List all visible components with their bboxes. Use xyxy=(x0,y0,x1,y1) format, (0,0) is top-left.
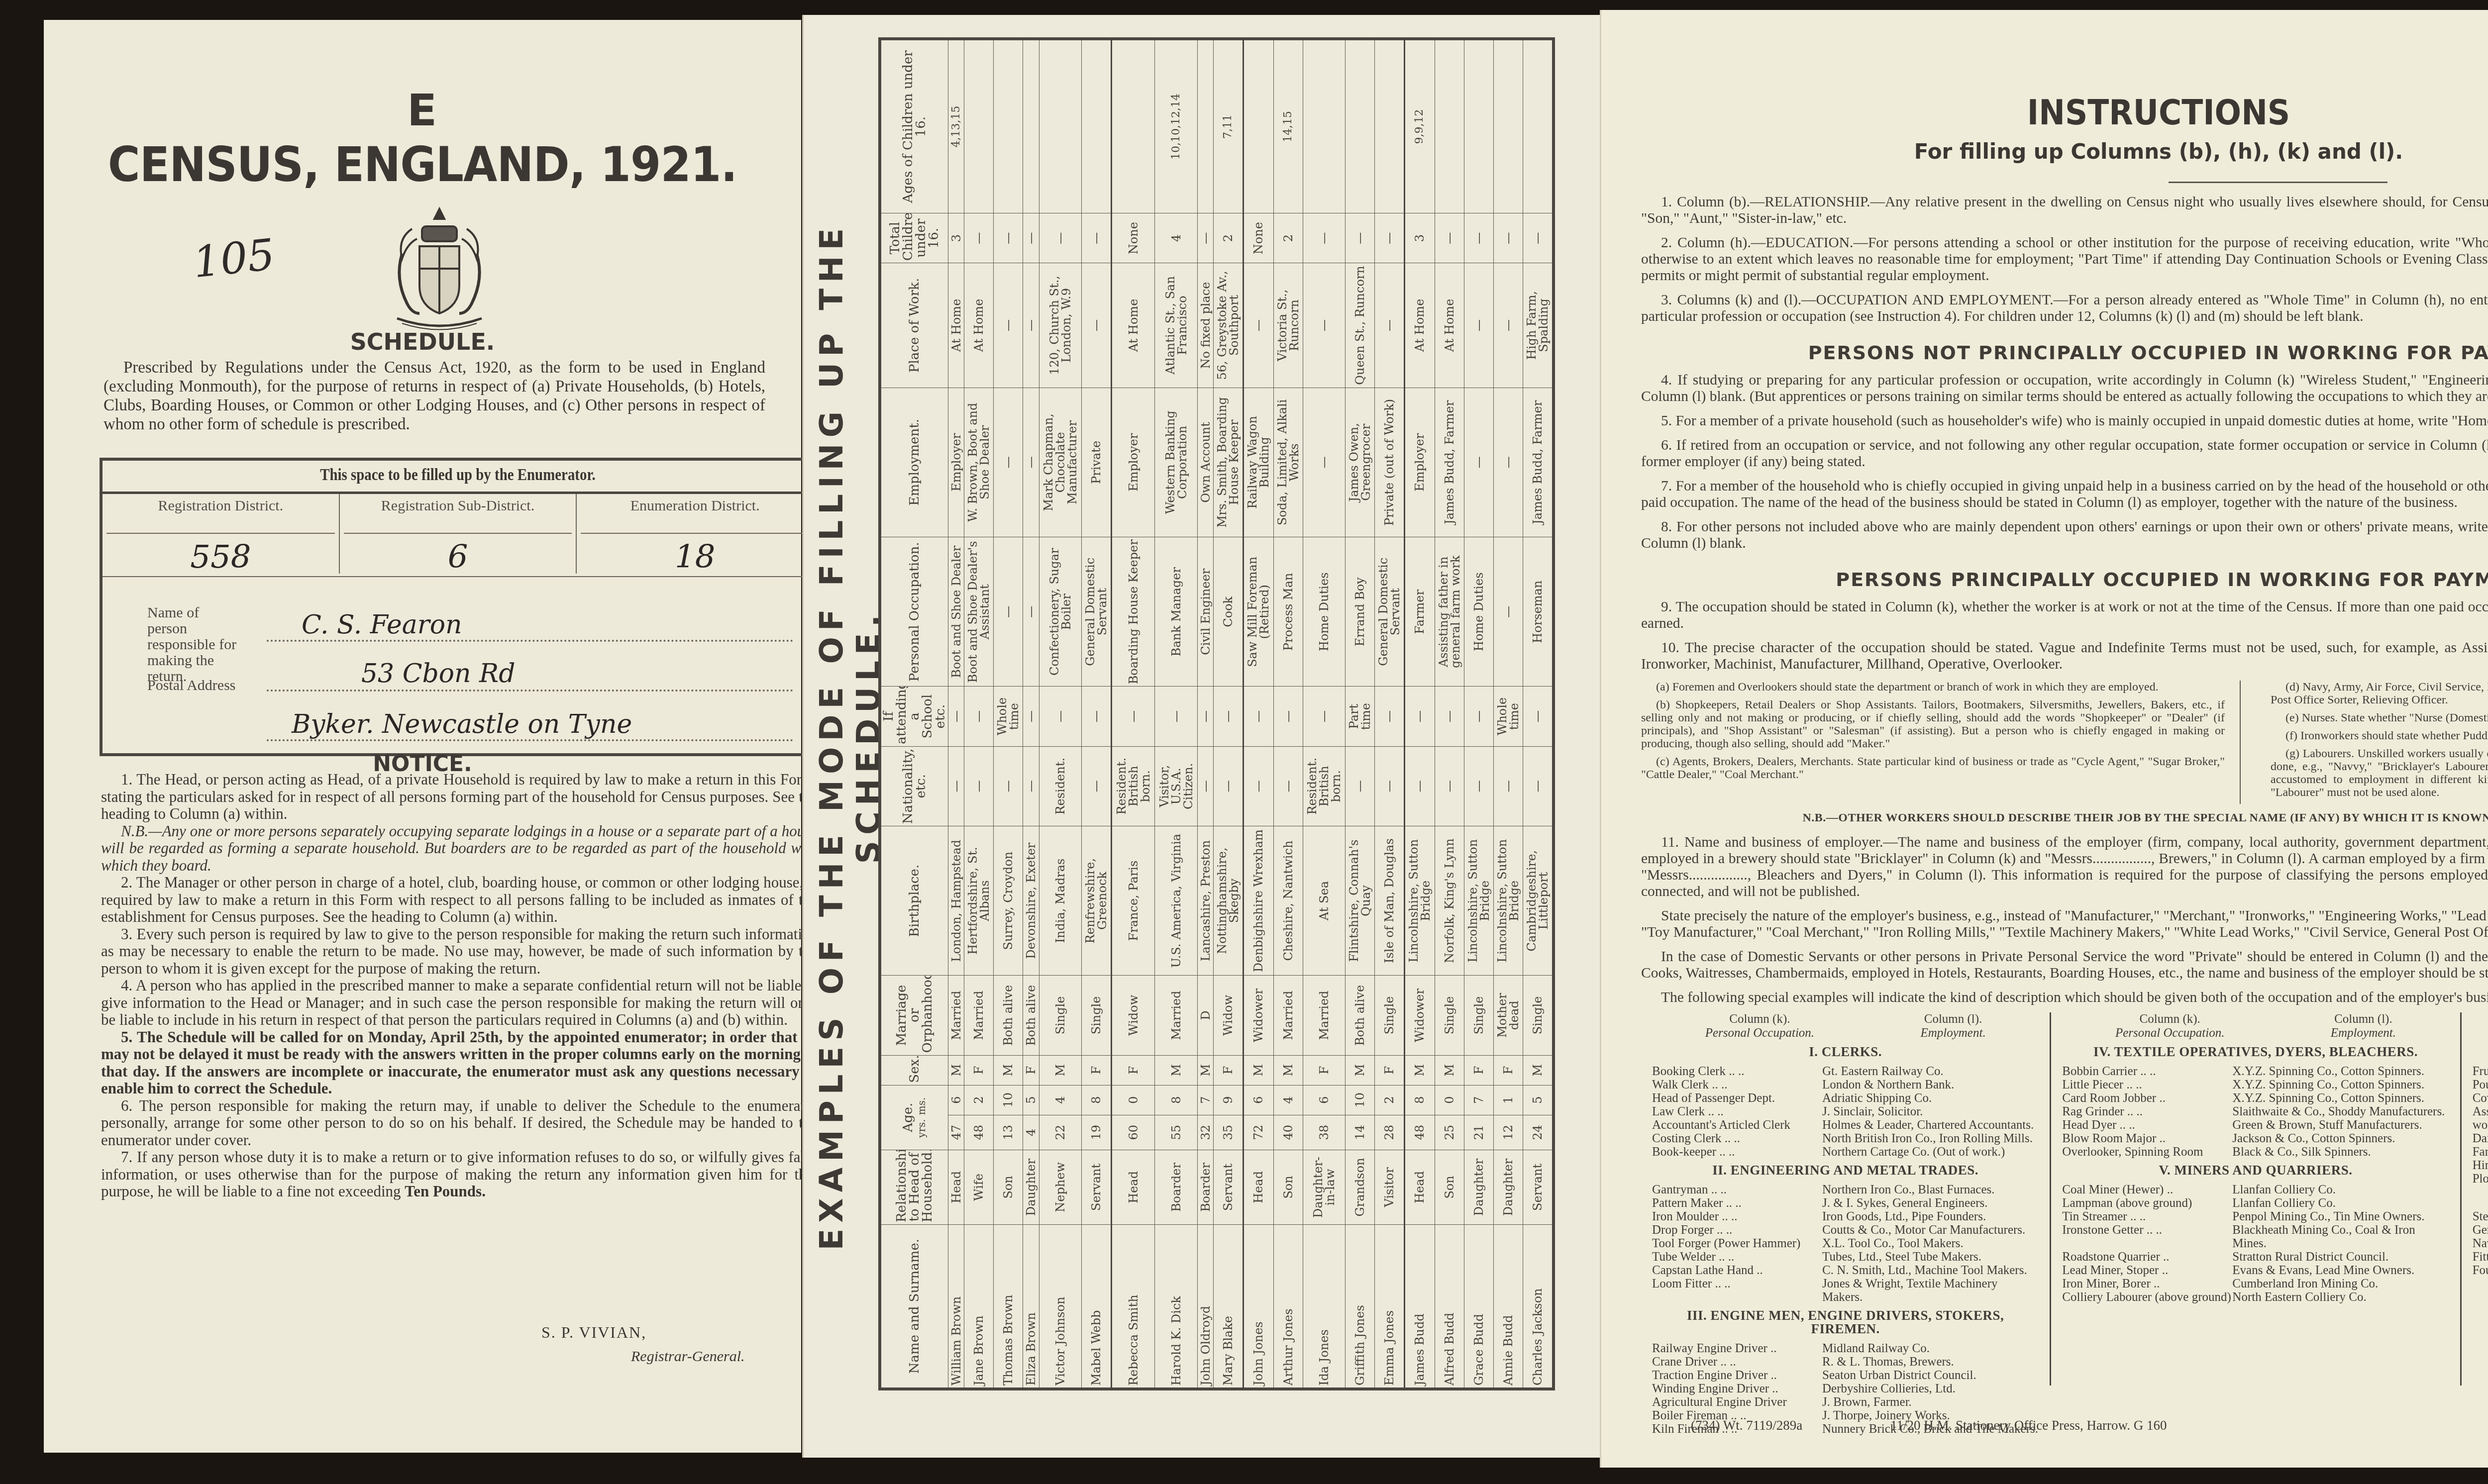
cell-children-ages xyxy=(994,39,1023,213)
cell-emp: James Budd, Farmer xyxy=(1435,388,1464,537)
col-header-age: Age.yrs. ms. xyxy=(880,1085,948,1150)
cell-total: 3 xyxy=(948,213,964,263)
cell-yrs: 24 xyxy=(1523,1115,1554,1150)
occupation-example-row: Ironstone Getter .. ..Blackheath Mining … xyxy=(2062,1223,2449,1250)
cell-total: — xyxy=(1198,213,1214,263)
cell-mar: Widow xyxy=(1214,976,1244,1055)
cell-name: Rebecca Smith xyxy=(1112,1225,1155,1389)
cell-yrs: 22 xyxy=(1039,1115,1082,1150)
employment: Black & Co., Silk Spinners. xyxy=(2232,1145,2449,1159)
instruction-9: 9. The occupation should be stated in Co… xyxy=(1641,599,2488,632)
personal-occupation: Costing Clerk .. .. xyxy=(1652,1132,1822,1145)
cell-mar: Single xyxy=(1039,976,1082,1055)
occupation-example-row: Dairy Work .. ..J. Sinclair, Farmer. xyxy=(2473,1132,2488,1145)
instruction-7: 7. For a member of the household who is … xyxy=(1641,478,2488,511)
cell-mar: Both alive xyxy=(1023,976,1039,1055)
cell-children-ages: 10,10,12,14 xyxy=(1155,39,1198,213)
employment: Adriatic Shipping Co. xyxy=(1822,1091,2039,1105)
occupation-example-row: Cowman .. .. ..J. Sinclair, Farmer. xyxy=(2473,1091,2488,1105)
personal-occupation: Loom Fitter .. .. xyxy=(1652,1277,1822,1304)
employment: X.L. Tool Co., Tool Makers. xyxy=(1822,1237,2039,1250)
notice-paragraph-7: 7. If any person whose duty it is to mak… xyxy=(101,1149,818,1200)
cell-total: 2 xyxy=(1214,213,1244,263)
cell-nat: — xyxy=(948,746,964,826)
personal-occupation: Dairy Work .. .. xyxy=(2473,1132,2488,1145)
cell-name: Emma Jones xyxy=(1375,1225,1405,1389)
cell-emp: Railway Wagon Building xyxy=(1244,388,1273,537)
cell-emp: — xyxy=(1464,388,1493,537)
col-header: Total Children under 16. xyxy=(880,213,948,263)
cell-emp: Own Account xyxy=(1198,388,1214,537)
cell-school: — xyxy=(1523,687,1554,746)
instructions-title: INSTRUCTIONS xyxy=(1657,92,2488,133)
cell-occ: Civil Engineer xyxy=(1198,537,1214,687)
occupation-example-row: Fruit Farmer .. ..Employer. xyxy=(2473,1065,2488,1078)
cell-children-ages xyxy=(1493,39,1523,213)
cell-birth: Lancashire, Preston xyxy=(1198,826,1214,975)
cell-rel: Servant xyxy=(1082,1150,1112,1224)
cell-name: Arthur Jones xyxy=(1273,1225,1303,1389)
cell-mar: Widow xyxy=(1112,976,1155,1055)
cell-occ: — xyxy=(994,537,1023,687)
occupation-example-row: Coal Miner (Hewer) ..Llanfan Colliery Co… xyxy=(2062,1183,2449,1196)
cell-ms: 10 xyxy=(1346,1085,1375,1115)
occupation-example-row: Law Clerk .. ..J. Sinclair, Solicitor. xyxy=(1652,1105,2039,1118)
sub-instructions-grid: (a) Foremen and Overlookers should state… xyxy=(1641,681,2488,804)
col-header: Ages of Children under 16. xyxy=(880,39,948,213)
occupation-example-row: Farm Labourer .. ..E. Bethel, Market Gar… xyxy=(2473,1145,2488,1159)
employment: Iron Goods, Ltd., Pipe Founders. xyxy=(1822,1210,2039,1223)
cell-emp: — xyxy=(1303,388,1346,537)
cell-mar: Single xyxy=(1435,976,1464,1055)
personal-occupation: Roadstone Quarrier .. xyxy=(2062,1250,2232,1264)
instruction-8: 8. For other persons not included above … xyxy=(1641,519,2488,552)
instruction-4: 4. If studying or preparing for any part… xyxy=(1641,372,2488,405)
cell-occ: Errand Boy xyxy=(1346,537,1375,687)
cell-rel: Boarder xyxy=(1198,1150,1214,1224)
cell-yrs: 48 xyxy=(1405,1115,1435,1150)
instruction-1: 1. Column (b).—RELATIONSHIP.—Any relativ… xyxy=(1641,194,2488,227)
personal-occupation: Law Clerk .. .. xyxy=(1652,1105,1822,1118)
cell-mar: Married xyxy=(964,976,994,1055)
cell-school: — xyxy=(1435,687,1464,746)
personal-occupation: Iron Miner, Borer .. xyxy=(2062,1277,2232,1290)
cell-ms: 5 xyxy=(1023,1085,1039,1115)
cell-place: Atlantic St., San Francisco xyxy=(1155,263,1198,388)
cell-emp: Employer xyxy=(1405,388,1435,537)
cell-total: — xyxy=(1435,213,1464,263)
personal-occupation: Traction Engine Driver .. xyxy=(1652,1369,1822,1382)
employment: Northern Cartage Co. (Out of work.) xyxy=(1822,1145,2039,1159)
cell-occ: General Domestic Servant xyxy=(1375,537,1405,687)
table-row: Alfred BuddSon250MSingleNorfolk, King's … xyxy=(1435,39,1464,1389)
employment: Jones & Wright, Textile Machinery Makers… xyxy=(1822,1277,2039,1304)
cell-rel: Head xyxy=(1112,1150,1155,1224)
occupation-category-title: IV. TEXTILE OPERATIVES, DYERS, BLEACHERS… xyxy=(2062,1045,2449,1059)
cell-emp: Employer xyxy=(1112,388,1155,537)
cell-place: — xyxy=(1303,263,1346,388)
cell-name: Mary Blake xyxy=(1214,1225,1244,1389)
cell-emp: James Budd, Farmer xyxy=(1523,388,1554,537)
employment: Holmes & Leader, Chartered Accountants. xyxy=(1822,1118,2039,1132)
personal-occupation: Crane Driver .. .. xyxy=(1652,1355,1822,1369)
occupation-example-row: Hind, Spade Hand ..O. Owen, Farmer. xyxy=(2473,1159,2488,1172)
cell-sex: F xyxy=(1112,1055,1155,1085)
cell-nat: — xyxy=(1346,746,1375,826)
cell-name: Ida Jones xyxy=(1303,1225,1346,1389)
personal-occupation: General Labourer .. xyxy=(2473,1223,2488,1237)
occupation-example-row: Colliery Labourer (above ground)North Ea… xyxy=(2062,1290,2449,1304)
cell-occ: Saw Mill Foreman (Retired) xyxy=(1244,537,1273,687)
personal-occupation: Walk Clerk .. .. xyxy=(1652,1078,1822,1091)
cell-yrs: 4 xyxy=(1023,1115,1039,1150)
postal-address-label: Postal Address xyxy=(147,677,236,694)
examples-title: EXAMPLES OF THE MODE OF FILLING UP THE S… xyxy=(814,90,887,1383)
cell-occ: Confectionery, Sugar Boiler xyxy=(1039,537,1082,687)
table-row: Mabel WebbServant198FSingleRenfrewshire,… xyxy=(1082,39,1112,1389)
personal-occupation: Hind, Spade Hand .. xyxy=(2473,1159,2488,1172)
cell-sex: M xyxy=(1198,1055,1214,1085)
enumerator-district-grid: Registration District. 558 Registration … xyxy=(103,492,813,574)
employment: Evans & Evans, Lead Mine Owners. xyxy=(2232,1264,2449,1277)
employment: X.Y.Z. Spinning Co., Cotton Spinners. xyxy=(2232,1078,2449,1091)
personal-occupation: Head Dyer .. .. xyxy=(2062,1118,2232,1132)
cell-yrs: 60 xyxy=(1112,1115,1155,1150)
col-l-head: Column (l).Employment. xyxy=(1920,1012,1985,1040)
responsible-person-label: Name of person responsible for making th… xyxy=(147,605,237,685)
employment: Gt. Eastern Railway Co. xyxy=(1822,1065,2039,1078)
occupation-example-row: Little Piecer .. ..X.Y.Z. Spinning Co., … xyxy=(2062,1078,2449,1091)
occupation-example-row: Steelworks Labourer ..Key & Co., Steel M… xyxy=(2473,1210,2488,1223)
cell-place: — xyxy=(1023,263,1039,388)
cell-place: At Home xyxy=(1112,263,1155,388)
table-row: Grace BuddDaughter217FSingleLincolnshire… xyxy=(1464,39,1493,1389)
employment: Blackheath Mining Co., Coal & Iron Mines… xyxy=(2232,1223,2449,1250)
cell-birth: Norfolk, King's Lynn xyxy=(1435,826,1464,975)
cell-mar: Married xyxy=(1155,976,1198,1055)
cell-rel: Daughter-in-law xyxy=(1303,1150,1346,1224)
cell-children-ages: 4,13,15 xyxy=(948,39,964,213)
cell-nat: — xyxy=(1405,746,1435,826)
employment: X.Y.Z. Spinning Co., Cotton Spinners. xyxy=(2232,1065,2449,1078)
col-header: Relationship to Head of Household. xyxy=(880,1150,948,1224)
cell-place: At Home xyxy=(948,263,964,388)
cell-mar: Both alive xyxy=(1346,976,1375,1055)
cell-children-ages xyxy=(1523,39,1554,213)
cell-rel: Visitor xyxy=(1375,1150,1405,1224)
cell-rel: Son xyxy=(994,1150,1023,1224)
employment: North British Iron Co., Iron Rolling Mil… xyxy=(1822,1132,2039,1145)
enumeration-district-field[interactable]: Enumeration District. 18 xyxy=(577,494,813,574)
col-l-head: Column (l).Employment. xyxy=(2331,1012,2396,1040)
cell-birth: Lincolnshire, Sutton Bridge xyxy=(1493,826,1523,975)
sub-instruction-d: (d) Navy, Army, Air Force, Civil Service… xyxy=(2271,681,2488,706)
cell-children-ages xyxy=(1303,39,1346,213)
cell-name: John Oldroyd xyxy=(1198,1225,1214,1389)
cell-yrs: 32 xyxy=(1198,1115,1214,1150)
occupation-example-row: Navvy .. .. ..Mills & Mills, Dock Contra… xyxy=(2473,1237,2488,1250)
instruction-2: 2. Column (h).—EDUCATION.—For persons at… xyxy=(1641,235,2488,284)
signature-name: S. P. VIVIAN, xyxy=(541,1323,646,1342)
cell-nat: — xyxy=(1082,746,1112,826)
cell-sex: F xyxy=(1214,1055,1244,1085)
cell-emp: James Owen, Greengrocer xyxy=(1346,388,1375,537)
employment: J. Brown, Farmer. xyxy=(1822,1395,2039,1409)
census-title: CENSUS, ENGLAND, 1921. xyxy=(74,137,771,193)
occupation-example-row: Poultry Farmer .. ..Own Account. xyxy=(2473,1078,2488,1091)
instruction-11-domestic: In the case of Domestic Servants or othe… xyxy=(1641,949,2488,982)
cell-rel: Wife xyxy=(964,1150,994,1224)
cell-mar: Single xyxy=(1464,976,1493,1055)
cell-mar: Widower xyxy=(1244,976,1273,1055)
occupation-example-row: Iron Moulder .. ..Iron Goods, Ltd., Pipe… xyxy=(1652,1210,2039,1223)
occupation-example-row: Lead Miner, Stoper ..Evans & Evans, Lead… xyxy=(2062,1264,2449,1277)
sub-instruction-e: (e) Nurses. State whether "Nurse (Domest… xyxy=(2271,711,2488,724)
cell-nat: — xyxy=(1273,746,1303,826)
cell-children-ages xyxy=(1112,39,1155,213)
table-row: James BuddHead488MWidowerLincolnshire, S… xyxy=(1405,39,1435,1389)
table-row: Eliza BrownDaughter45FBoth aliveDevonshi… xyxy=(1023,39,1039,1389)
occupation-example-row: Tin Streamer .. ..Penpol Mining Co., Tin… xyxy=(2062,1210,2449,1223)
cell-rel: Servant xyxy=(1214,1150,1244,1224)
personal-occupation: Iron Moulder .. .. xyxy=(1652,1210,1822,1223)
table-row: Thomas BrownSon1310MBoth aliveSurrey, Cr… xyxy=(994,39,1023,1389)
personal-occupation: Navvy .. .. .. xyxy=(2473,1237,2488,1250)
table-header-row: Name and Surname. Relationship to Head o… xyxy=(880,39,948,1389)
cell-mar: Married xyxy=(1303,976,1346,1055)
cell-place: — xyxy=(1375,263,1405,388)
cell-name: John Jones xyxy=(1244,1225,1273,1389)
cell-emp: — xyxy=(1023,388,1039,537)
cell-nat: — xyxy=(1023,746,1039,826)
col-header: Name and Surname. xyxy=(880,1225,948,1389)
cell-yrs: 35 xyxy=(1214,1115,1244,1150)
field-value: 558 xyxy=(103,539,339,576)
imprint-code: (734) Wt. 7119/289a xyxy=(1691,1418,1802,1433)
cell-nat: Visitor, U.S.A. Citizen. xyxy=(1155,746,1198,826)
cell-children-ages: 14,15 xyxy=(1273,39,1303,213)
cell-total: — xyxy=(1082,213,1112,263)
occupation-column-2: Column (k).Personal Occupation.Column (l… xyxy=(2050,1012,2460,1385)
cell-rel: Head xyxy=(1405,1150,1435,1224)
occupation-examples: Column (k).Personal Occupation.Column (l… xyxy=(1641,1012,2488,1385)
cell-mar: Mother dead xyxy=(1493,976,1523,1055)
cell-birth: Lincolnshire, Sutton Bridge xyxy=(1405,826,1435,975)
cell-ms: 7 xyxy=(1198,1085,1214,1115)
cell-name: Jane Brown xyxy=(964,1225,994,1389)
employment: C. N. Smith, Ltd., Machine Tool Makers. xyxy=(1822,1264,2039,1277)
cell-nat: — xyxy=(964,746,994,826)
personal-occupation: Assisting father in general farm work xyxy=(2473,1105,2488,1132)
cell-emp: Employer xyxy=(948,388,964,537)
cell-ms: 2 xyxy=(1375,1085,1405,1115)
cell-name: William Brown xyxy=(948,1225,964,1389)
cell-sex: F xyxy=(1023,1055,1039,1085)
cell-name: Harold K. Dick xyxy=(1155,1225,1198,1389)
cell-mar: Both alive xyxy=(994,976,1023,1055)
table-row: Rebecca SmithHead600FWidowFrance, ParisR… xyxy=(1112,39,1155,1389)
col-k-head: Column (k).Personal Occupation. xyxy=(2115,1012,2224,1040)
personal-occupation: Accountant's Articled Clerk xyxy=(1652,1118,1822,1132)
employment: J. & I. Sykes, General Engineers. xyxy=(1822,1196,2039,1210)
cell-sex: M xyxy=(1039,1055,1082,1085)
cell-total: 4 xyxy=(1155,213,1198,263)
col-header: Employment. xyxy=(880,388,948,537)
cell-sex: M xyxy=(1273,1055,1303,1085)
cell-sex: M xyxy=(948,1055,964,1085)
instruction-3: 3. Columns (k) and (l).—OCCUPATION AND E… xyxy=(1641,292,2488,325)
signature-title: Registrar-General. xyxy=(631,1348,745,1365)
instruction-10: 10. The precise character of the occupat… xyxy=(1641,640,2488,673)
cell-occ: Boarding House Keeper xyxy=(1112,537,1155,687)
col-header: Sex. xyxy=(880,1055,948,1085)
cell-birth: Nottinghamshire, Skegby xyxy=(1214,826,1244,975)
cell-emp: Mrs. Smith, Boarding House Keeper xyxy=(1214,388,1244,537)
cell-yrs: 12 xyxy=(1493,1115,1523,1150)
cell-emp: W. Brown, Boot and Shoe Dealer xyxy=(964,388,994,537)
occupation-example-row: Book-keeper .. ..Northern Cartage Co. (O… xyxy=(1652,1145,2039,1159)
field-label: Registration District. xyxy=(103,498,339,514)
postal-address-line2: Byker. Newcastle on Tyne xyxy=(292,709,632,739)
personal-occupation: Gantryman .. .. xyxy=(1652,1183,1822,1196)
imprint-press: 11/20 H.M. Stationery Office Press, Harr… xyxy=(1890,1418,2167,1433)
occupation-column-3: Column (k).Personal Occupation.Column (l… xyxy=(2460,1012,2488,1385)
cell-sex: F xyxy=(964,1055,994,1085)
cell-name: Charles Jackson xyxy=(1523,1225,1554,1389)
cell-birth: Surrey, Croydon xyxy=(994,826,1023,975)
occupation-example-row: Pattern Maker .. ..J. & I. Sykes, Genera… xyxy=(1652,1196,2039,1210)
cell-name: Thomas Brown xyxy=(994,1225,1023,1389)
cell-place: At Home xyxy=(1405,263,1435,388)
cell-occ: General Domestic Servant xyxy=(1082,537,1112,687)
cell-ms: 8 xyxy=(1405,1085,1435,1115)
cell-children-ages: 9,9,12 xyxy=(1405,39,1435,213)
cell-place: At Home xyxy=(964,263,994,388)
occupation-example-row: Winding Engine Driver ..Derbyshire Colli… xyxy=(1652,1382,2039,1395)
cell-sex: M xyxy=(1523,1055,1554,1085)
cell-children-ages xyxy=(1039,39,1082,213)
employment: Stratton Rural District Council. xyxy=(2232,1250,2449,1264)
occupation-category-title: II. ENGINEERING AND METAL TRADES. xyxy=(1652,1164,2039,1177)
nb-special-name-line: N.B.—OTHER WORKERS SHOULD DESCRIBE THEIR… xyxy=(1641,810,2488,826)
sub-instructions-left: (a) Foremen and Overlookers should state… xyxy=(1641,681,2241,804)
personal-occupation: Capstan Lathe Hand .. xyxy=(1652,1264,1822,1277)
examples-page: EXAMPLES OF THE MODE OF FILLING UP THE S… xyxy=(802,15,1600,1458)
cell-place: 120, Church St., London, W.9 xyxy=(1039,263,1082,388)
occupation-example-row: Iron Miner, Borer ..Cumberland Iron Mini… xyxy=(2062,1277,2449,1290)
occupation-example-row: Rag Grinder .. ..Slaithwaite & Co., Shod… xyxy=(2062,1105,2449,1118)
cell-nat: Resident. xyxy=(1039,746,1082,826)
col-header: If attending a School etc. xyxy=(880,687,948,746)
registration-district-field[interactable]: Registration District. 558 xyxy=(103,494,340,574)
cell-mar: Married xyxy=(1273,976,1303,1055)
cell-birth: Flintshire, Connah's Quay xyxy=(1346,826,1375,975)
cell-school: Whole time xyxy=(994,687,1023,746)
cell-mar: Married xyxy=(948,976,964,1055)
cell-place: — xyxy=(1244,263,1273,388)
cell-birth: Renfrewshire, Greenock xyxy=(1082,826,1112,975)
cell-children-ages xyxy=(964,39,994,213)
occupation-example-row: Booking Clerk .. ..Gt. Eastern Railway C… xyxy=(1652,1065,2039,1078)
handwritten-schedule-number: 105 xyxy=(191,230,277,288)
occupation-example-row: Traction Engine Driver ..Seaton Urban Di… xyxy=(1652,1369,2039,1382)
occupation-example-row: Lampman (above ground)Llanfan Colliery C… xyxy=(2062,1196,2449,1210)
instructions-page: INSTRUCTIONS For filling up Columns (b),… xyxy=(1600,10,2488,1468)
occupation-example-row: Crane Driver .. ..R. & L. Thomas, Brewer… xyxy=(1652,1355,2039,1369)
postal-address-field-line1[interactable] xyxy=(267,660,793,692)
employment: Coutts & Co., Motor Car Manufacturers. xyxy=(1822,1223,2039,1237)
cell-yrs: 13 xyxy=(994,1115,1023,1150)
section-heading-not-occupied: PERSONS NOT PRINCIPALLY OCCUPIED IN WORK… xyxy=(1641,345,2488,361)
cell-total: — xyxy=(1523,213,1554,263)
table-row: Griffith JonesGrandson1410MBoth aliveFli… xyxy=(1346,39,1375,1389)
cell-rel: Head xyxy=(1244,1150,1273,1224)
notice-paragraph-2: 2. The Manager or other person in charge… xyxy=(101,874,818,926)
cell-ms: 0 xyxy=(1112,1085,1155,1115)
cell-ms: 2 xyxy=(964,1085,994,1115)
occupation-example-row: Fitter's Labourer ..Brown & Sharp, Agric… xyxy=(2473,1250,2488,1264)
cell-place: — xyxy=(1464,263,1493,388)
cell-rel: Grandson xyxy=(1346,1150,1375,1224)
cell-occ: Process Man xyxy=(1273,537,1303,687)
cell-place: High Farm, Spalding xyxy=(1523,263,1554,388)
cell-ms: 6 xyxy=(1244,1085,1273,1115)
occupation-category-title: VI. FARMING. xyxy=(2473,1045,2488,1059)
table-row: Mary BlakeServant359FWidowNottinghamshir… xyxy=(1214,39,1244,1389)
cell-yrs: 19 xyxy=(1082,1115,1112,1150)
cell-yrs: 47 xyxy=(948,1115,964,1150)
cell-mar: Single xyxy=(1523,976,1554,1055)
cell-birth: Lincolnshire, Sutton Bridge xyxy=(1464,826,1493,975)
cell-occ: Cook xyxy=(1214,537,1244,687)
table-row: Ida JonesDaughter-in-law386FMarriedAt Se… xyxy=(1303,39,1346,1389)
col-header: Nationality, etc. xyxy=(880,746,948,826)
cell-birth: Devonshire, Exeter xyxy=(1023,826,1039,975)
cell-rel: Daughter xyxy=(1023,1150,1039,1224)
occupation-example-row: General Labourer ..Soda, Ltd., Alkali Ma… xyxy=(2473,1223,2488,1237)
employment: J. Sinclair, Solicitor. xyxy=(1822,1105,2039,1118)
cell-total: 2 xyxy=(1273,213,1303,263)
cell-occ: Horseman xyxy=(1523,537,1554,687)
cell-yrs: 14 xyxy=(1346,1115,1375,1150)
cell-nat: — xyxy=(1214,746,1244,826)
responsible-person-value: C. S. Fearon xyxy=(302,610,462,640)
cell-total: — xyxy=(1023,213,1039,263)
cell-school: — xyxy=(1273,687,1303,746)
table-row: Harold K. DickBoarder558MMarriedU.S. Ame… xyxy=(1155,39,1198,1389)
occupation-example-row: Tube Welder .. ..Tubes, Ltd., Steel Tube… xyxy=(1652,1250,2039,1264)
printer-imprint: (734) Wt. 7119/289a 11/20 H.M. Stationer… xyxy=(1691,1418,2251,1433)
occupation-example-row: Head Dyer .. ..Green & Brown, Stuff Manu… xyxy=(2062,1118,2449,1132)
cell-mar: Single xyxy=(1375,976,1405,1055)
cell-yrs: 38 xyxy=(1303,1115,1346,1150)
cell-name: Eliza Brown xyxy=(1023,1225,1039,1389)
personal-occupation: Drop Forger .. .. xyxy=(1652,1223,1822,1237)
enumerator-box-title: This space to be filled up by the Enumer… xyxy=(156,466,760,485)
col-header: Place of Work. xyxy=(880,263,948,388)
personal-occupation: Cowman .. .. .. xyxy=(2473,1091,2488,1105)
sub-instruction-g: (g) Labourers. Unskilled workers usually… xyxy=(2271,747,2488,799)
cell-children-ages: 7,11 xyxy=(1214,39,1244,213)
cell-sex: M xyxy=(1244,1055,1273,1085)
personal-occupation: Book-keeper .. .. xyxy=(1652,1145,1822,1159)
cell-children-ages xyxy=(1435,39,1464,213)
registration-sub-district-field[interactable]: Registration Sub-District. 6 xyxy=(340,494,577,574)
occupation-category-title: V. MINERS AND QUARRIERS. xyxy=(2062,1164,2449,1177)
cell-sex: M xyxy=(1346,1055,1375,1085)
personal-occupation: Tool Forger (Power Hammer) xyxy=(1652,1237,1822,1250)
cell-total: — xyxy=(1464,213,1493,263)
